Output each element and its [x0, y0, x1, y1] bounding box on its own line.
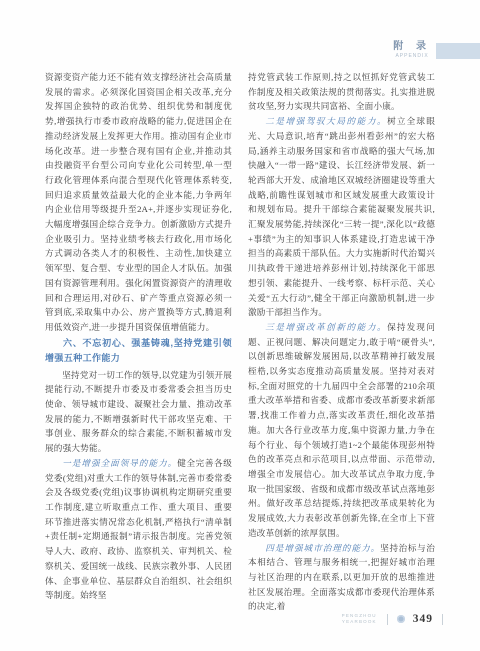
paragraph-text: 健全完善各级党委(党组)对重大工作的领导体制,完善市委常委会及各级党委(党组)议… — [45, 458, 232, 600]
right-column: 持党管武装工作原则,持之以恒抓好党管武装工作制度及相关政策法规的贯彻落实。扎实推… — [248, 70, 435, 614]
section-heading-text: 六、不忘初心、强基铸魂,坚持党建引领增强五种工作能力 — [45, 338, 232, 364]
paragraph: 持党管武装工作原则,持之以恒抓好党管武装工作制度及相关政策法规的贯彻落实。扎实推… — [248, 70, 435, 114]
document-page: 附 录 APPENDIX 资源变资产能力还不能有效支撑经济社会高质量发展的需求。… — [0, 0, 480, 651]
page-footer: PENGZHOU YEARBOOK 349 — [342, 613, 448, 625]
paragraph-lead: 三是增强改革创新的能力。 — [265, 322, 387, 332]
page-content: 资源变资产能力还不能有效支撑经济社会高质量发展的需求。必须深化国资国企相关改革,… — [45, 70, 435, 614]
paragraph-lead: 一是增强全面领导的能力。 — [62, 458, 177, 468]
paragraph-text: 资源变资产能力还不能有效支撑经济社会高质量发展的需求。必须深化国资国企相关改革,… — [45, 72, 232, 332]
paragraph-text: 持党管武装工作原则,持之以恒抓好党管武装工作制度及相关政策法规的贯彻落实。扎实推… — [248, 72, 435, 111]
footer-divider — [442, 614, 443, 625]
paragraph: 一是增强全面领导的能力。健全完善各级党委(党组)对重大工作的领导体制,完善市委常… — [45, 456, 232, 603]
page-header: 附 录 APPENDIX — [393, 42, 480, 59]
section-heading: 六、不忘初心、强基铸魂,坚持党建引领增强五种工作能力 — [45, 336, 232, 367]
paragraph: 二是增强驾驭大局的能力。树立全球眼光、大局意识,培育“跳出彭州看彭州”的宏大格局… — [248, 114, 435, 320]
brand-line-2: YEARBOOK — [342, 619, 377, 625]
paragraph: 四是增强城市治理的能力。坚持治标与治本相结合、管理与服务相统一,把握好城市治理与… — [248, 541, 435, 615]
header-tab-bar — [436, 43, 480, 59]
page-number: 349 — [413, 613, 433, 625]
paragraph: 三是增强改革创新的能力。保持发现问题、正视问题、解决问题定力,敢于啃“硬骨头”,… — [248, 320, 435, 541]
paragraph: 资源变资产能力还不能有效支撑经济社会高质量发展的需求。必须深化国资国企相关改革,… — [45, 70, 232, 335]
paragraph-text: 坚持党对一切工作的领导,以党建为引领开展提能行动,不断提升市委及市委常委会担当历… — [45, 370, 232, 454]
paragraph-lead: 二是增强驾驭大局的能力。 — [265, 116, 387, 126]
paragraph: 坚持党对一切工作的领导,以党建为引领开展提能行动,不断提升市委及市委常委会担当历… — [45, 368, 232, 456]
flower-ornament-icon — [397, 615, 405, 623]
header-titles: 附 录 APPENDIX — [393, 42, 431, 59]
left-column: 资源变资产能力还不能有效支撑经济社会高质量发展的需求。必须深化国资国企相关改革,… — [45, 70, 232, 614]
appendix-title-en: APPENDIX — [393, 54, 431, 59]
footer-divider — [387, 614, 388, 625]
paragraph-text: 保持发现问题、正视问题、解决问题定力,敢于啃“硬骨头”,以创新思维破解发展困局,… — [248, 322, 435, 538]
paragraph-text: 树立全球眼光、大局意识,培育“跳出彭州看彭州”的宏大格局,涵养主动服务国家和省市… — [248, 116, 435, 317]
appendix-title-cn: 附 录 — [393, 42, 431, 52]
yearbook-brand: PENGZHOU YEARBOOK — [342, 613, 377, 624]
paragraph-lead: 四是增强城市治理的能力。 — [265, 543, 380, 553]
